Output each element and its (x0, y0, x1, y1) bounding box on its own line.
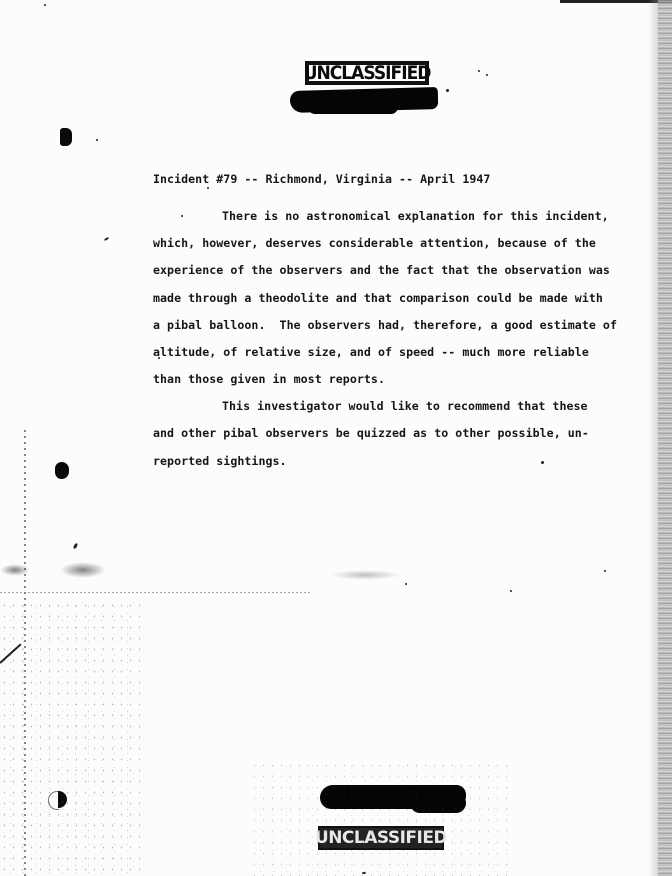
paragraph-1-line-5: a pibal balloon. The observers had, ther… (153, 318, 617, 332)
ink-speck (158, 357, 160, 359)
ink-speck (207, 187, 209, 189)
paragraph-2-line-3: reported sightings. (153, 454, 287, 468)
punch-hole-icon (55, 462, 69, 479)
scan-noise (250, 760, 510, 876)
paragraph-1-line-1: There is no astronomical explanation for… (222, 209, 609, 223)
ink-speck (104, 237, 109, 241)
paragraph-1-line-3: experience of the observers and the fact… (153, 263, 610, 277)
ink-speck (73, 543, 79, 550)
incident-heading: Incident #79 -- Richmond, Virginia -- Ap… (153, 172, 490, 186)
ink-speck (181, 215, 183, 217)
classification-stamp-top: UNCLASSIFIED (305, 61, 429, 85)
ink-speck (362, 872, 366, 874)
ink-smudge (330, 570, 400, 580)
ink-speck (486, 74, 488, 76)
ink-speck (96, 139, 98, 141)
ink-smudge (60, 562, 106, 578)
ink-speck (541, 461, 544, 464)
paragraph-1-line-6: altitude, of relative size, and of speed… (153, 345, 589, 359)
ink-speck (478, 70, 480, 72)
ink-speck (44, 4, 46, 6)
ink-speck (405, 583, 407, 585)
ink-speck (604, 570, 606, 572)
punch-hole-icon (60, 128, 72, 146)
ink-speck (446, 89, 449, 92)
paragraph-1-line-4: made through a theodolite and that compa… (153, 291, 603, 305)
redaction-bar-top-tail (308, 100, 398, 114)
fold-line (0, 592, 310, 593)
paragraph-2-line-2: and other pibal observers be quizzed as … (153, 426, 589, 440)
ink-smudge (0, 564, 30, 576)
scanned-document-page: UNCLASSIFIED Incident #79 -- Richmond, V… (0, 0, 672, 876)
paragraph-1-line-2: which, however, deserves considerable at… (153, 236, 596, 250)
scan-noise (0, 600, 140, 876)
paragraph-2-line-1: This investigator would like to recommen… (222, 399, 588, 413)
scanner-edge-gradient (648, 0, 658, 876)
ink-speck (510, 590, 512, 592)
paragraph-1-line-7: than those given in most reports. (153, 372, 385, 386)
scanner-edge-shadow (658, 0, 672, 876)
classification-stamp-top-label: UNCLASSIFIED (304, 62, 431, 84)
